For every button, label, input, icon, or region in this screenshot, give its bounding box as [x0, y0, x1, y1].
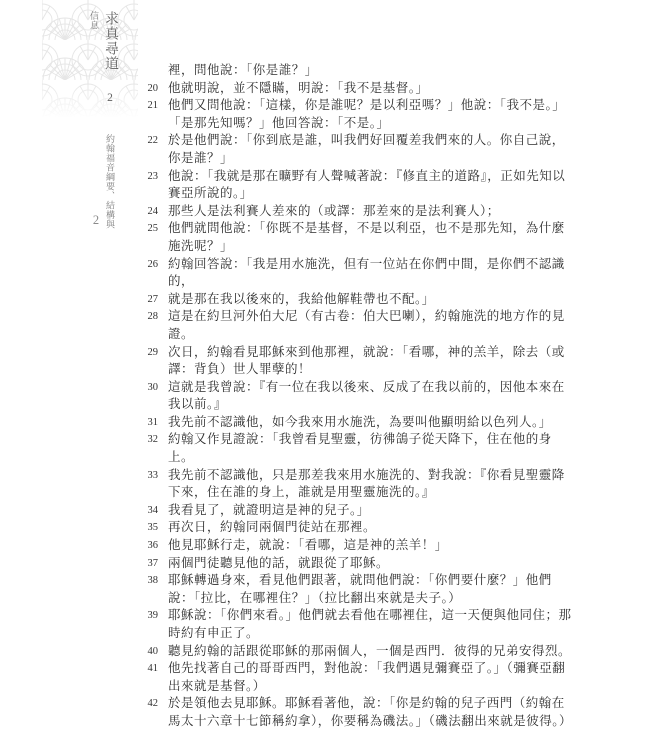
verse-row: 26 約翰回答說：「我是用水施洗，但有一位站在你們中間，是你們不認識的， — [140, 256, 574, 291]
verse-text: 兩個門徒聽見他的話，就跟從了耶穌。 — [168, 556, 389, 570]
verse-number: 29 — [140, 344, 158, 362]
verse-text: 我看見了，就證明這是神的兒子。」 — [168, 503, 370, 517]
verse-row: 29 次日，約翰看見耶穌來到他那裡，就說：「看哪，神的羔羊，除去（或譯：背負）世… — [140, 344, 574, 379]
verse-row: 42 於是領他去見耶穌。耶穌看著他，說：「你是約翰的兒子西門（約翰在馬太十六章十… — [140, 695, 574, 730]
verse-row: 25 他們就問他說：「你既不是基督，不是以利亞，也不是那先知，為什麼施洗呢？」 — [140, 220, 574, 255]
verse-row: 37 兩個門徒聽見他的話，就跟從了耶穌。 — [140, 555, 574, 573]
verse-number: 26 — [140, 256, 158, 274]
verse-text: 就是那在我以後來的，我給他解鞋帶也不配。」 — [168, 292, 435, 306]
verse-row: 33 我先前不認識他，只是那差我來用水施洗的、對我說：『你看見聖靈降下來，住在誰… — [140, 467, 574, 502]
verse-number: 34 — [140, 502, 158, 520]
verse-row: 20 他就明說，並不隱瞞，明說：「我不是基督。」 — [140, 80, 574, 98]
verse-number: 25 — [140, 220, 158, 238]
verse-text: 那些人是法利賽人差來的（或譯：那差來的是法利賽人）； — [168, 204, 500, 218]
verse-number: 31 — [140, 414, 158, 432]
sidebar: 求真尋道 2 約翰福音綱要、結構與信息 — [86, 11, 118, 231]
scripture-text-block: 裡，問他說：「你是誰？」 20 他就明說，並不隱瞞，明說：「我不是基督。」 21… — [140, 62, 580, 731]
verse-row: 裡，問他說：「你是誰？」 — [140, 62, 574, 80]
verse-text: 他先找著自己的哥哥西門，對他說：「我們遇見彌賽亞了。」（彌賽亞翻出來就是基督。） — [168, 661, 565, 693]
verse-row: 28 這是在約旦河外伯大尼（有古卷：伯大巴喇），約翰施洗的地方作的見證。 — [140, 308, 574, 343]
verse-row: 21 他們又問他說：「這樣，你是誰呢？是以利亞嗎？」他說：「我不是。」「是那先知… — [140, 97, 574, 132]
verse-number: 39 — [140, 607, 158, 625]
verse-text: 他們就問他說：「你既不是基督，不是以利亞，也不是那先知，為什麼施洗呢？」 — [168, 221, 565, 253]
verse-row: 22 於是他們說：「你到底是誰，叫我們好回覆差我們來的人。你自己說，你是誰？」 — [140, 132, 574, 167]
verse-number: 22 — [140, 132, 158, 150]
verse-number: 37 — [140, 555, 158, 573]
verse-number: 42 — [140, 695, 158, 713]
verse-number: 27 — [140, 291, 158, 309]
verse-number: 36 — [140, 537, 158, 555]
lead-fragment: 裡，問他說：「你是誰？」 — [168, 63, 318, 77]
verse-number: 35 — [140, 519, 158, 537]
verse-number: 32 — [140, 431, 158, 449]
verse-text: 他們又問他說：「這樣，你是誰呢？是以利亞嗎？」他說：「我不是。」「是那先知嗎？」… — [168, 98, 565, 130]
series-volume-number: 2 — [104, 92, 116, 104]
verse-text: 我先前不認識他，只是那差我來用水施洗的、對我說：『你看見聖靈降下來，住在誰的身上… — [168, 468, 565, 500]
verse-text: 他見耶穌行走，就說：「看哪，這是神的羔羊！」 — [168, 538, 448, 552]
verse-number: 23 — [140, 168, 158, 186]
verse-row: 27 就是那在我以後來的，我給他解鞋帶也不配。」 — [140, 291, 574, 309]
verse-text: 次日，約翰看見耶穌來到他那裡，就說：「看哪，神的羔羊，除去（或譯：背負）世人罪孽… — [168, 345, 565, 377]
verse-number: 20 — [140, 80, 158, 98]
verse-text: 我先前不認識他，如今我來用水施洗，為要叫他顯明給以色列人。」 — [168, 415, 552, 429]
verse-number: 38 — [140, 572, 158, 590]
book-page: { "page": { "background": "#ffffff", "te… — [0, 0, 650, 750]
verse-row: 40 聽見約翰的話跟從耶穌的那兩個人，一個是西門．彼得的兄弟安得烈。 — [140, 643, 574, 661]
verse-text: 他就明說，並不隱瞞，明說：「我不是基督。」 — [168, 81, 429, 95]
page-number: 2 — [86, 213, 106, 228]
verse-text: 於是領他去見耶穌。耶穌看著他，說：「你是約翰的兒子西門（約翰在馬太十六章十七節稱… — [168, 696, 572, 728]
verse-number: 41 — [140, 660, 158, 678]
verse-text: 聽見約翰的話跟從耶穌的那兩個人，一個是西門．彼得的兄弟安得烈。 — [168, 644, 571, 658]
verse-row: 34 我看見了，就證明這是神的兒子。」 — [140, 502, 574, 520]
series-title: 求真尋道 — [103, 11, 118, 71]
verse-text: 耶穌說：「你們來看。」他們就去看他在哪裡住，這一天便與他同住；那時約有申正了。 — [168, 608, 572, 640]
verse-text: 這就是我曾說：『有一位在我以後來、反成了在我以前的，因他本來在我以前。』 — [168, 380, 565, 412]
verse-number: 21 — [140, 97, 158, 115]
verse-row: 38 耶穌轉過身來，看見他們跟著，就問他們說：「你們要什麼？」他們說：「拉比，在… — [140, 572, 574, 607]
verse-text: 再次日，約翰同兩個門徒站在那裡。 — [168, 520, 376, 534]
verse-number: 33 — [140, 467, 158, 485]
verse-row: 24 那些人是法利賽人差來的（或譯：那差來的是法利賽人）； — [140, 203, 574, 221]
verse-text: 這是在約旦河外伯大尼（有古卷：伯大巴喇），約翰施洗的地方作的見證。 — [168, 309, 565, 341]
verse-row: 36 他見耶穌行走，就說：「看哪，這是神的羔羊！」 — [140, 537, 574, 555]
verse-row: 41 他先找著自己的哥哥西門，對他說：「我們遇見彌賽亞了。」（彌賽亞翻出來就是基… — [140, 660, 574, 695]
verse-text: 耶穌轉過身來，看見他們跟著，就問他們說：「你們要什麼？」他們說：「拉比，在哪裡住… — [168, 573, 552, 605]
verse-row: 23 他說：「我就是那在曠野有人聲喊著說：『修直主的道路』，正如先知以賽亞所說的… — [140, 168, 574, 203]
verse-row: 39 耶穌說：「你們來看。」他們就去看他在哪裡住，這一天便與他同住；那時約有申正… — [140, 607, 574, 642]
verse-text: 約翰又作見證說：「我曾看見聖靈，彷彿鴿子從天降下，住在他的身上。 — [168, 432, 552, 464]
verse-number: 28 — [140, 308, 158, 326]
verse-row: 35 再次日，約翰同兩個門徒站在那裡。 — [140, 519, 574, 537]
verse-text: 於是他們說：「你到底是誰，叫我們好回覆差我們來的人。你自己說，你是誰？」 — [168, 133, 565, 165]
verse-text: 約翰回答說：「我是用水施洗，但有一位站在你們中間，是你們不認識的， — [168, 257, 565, 289]
verse-text: 他說：「我就是那在曠野有人聲喊著說：『修直主的道路』，正如先知以賽亞所說的。」 — [168, 169, 565, 201]
verse-number: 40 — [140, 643, 158, 661]
verse-number: 24 — [140, 203, 158, 221]
verse-row: 30 這就是我曾說：『有一位在我以後來、反成了在我以前的，因他本來在我以前。』 — [140, 379, 574, 414]
verse-row: 32 約翰又作見證說：「我曾看見聖靈，彷彿鴿子從天降下，住在他的身上。 — [140, 431, 574, 466]
verse-list: 20 他就明說，並不隱瞞，明說：「我不是基督。」 21 他們又問他說：「這樣，你… — [140, 80, 580, 731]
verse-row: 31 我先前不認識他，如今我來用水施洗，為要叫他顯明給以色列人。」 — [140, 414, 574, 432]
verse-number: 30 — [140, 379, 158, 397]
